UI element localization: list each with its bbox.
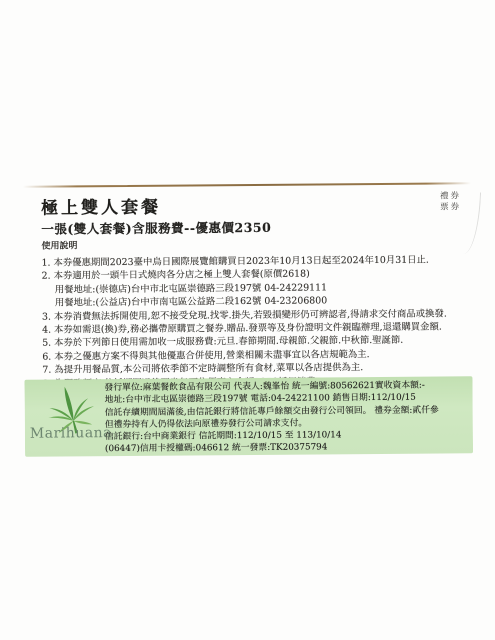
voucher-type-label-ticket: 票券 <box>440 202 461 213</box>
voucher-type-labels: 禮券 票券 <box>440 191 461 212</box>
voucher-photo: 極上雙人套餐 禮券 票券 一張(雙人套餐)含服務費--優惠價2350 使用說明 … <box>0 0 495 640</box>
paper-curl-shadow <box>462 192 481 255</box>
issuer-line-trust: 信託存續期間屆滿後,由信託銀行將信託專戶餘額交由發行公司領回。 禮券金額:貳仟參 <box>105 404 439 419</box>
voucher-ticket: 極上雙人套餐 禮券 票券 一張(雙人套餐)含服務費--優惠價2350 使用說明 … <box>23 178 473 459</box>
issuer-info: 發行單位:麻葉餐飲食品有限公司 代表人:魏峯怡 統一編號:80562621實收資… <box>104 380 439 456</box>
issuer-footer-band: Marihuana 發行單位:麻葉餐飲食品有限公司 代表人:魏峯怡 統一編號:8… <box>24 376 473 457</box>
brand-name: Marihuana <box>30 425 112 442</box>
voucher-header: 極上雙人套餐 禮券 票券 <box>23 178 471 219</box>
voucher-title: 極上雙人套餐 <box>41 190 461 218</box>
terms-list: 1. 本券優惠期間2023臺中烏日國際展覽館購買日2023年10月13日起至20… <box>24 253 473 391</box>
voucher-type-label-gift: 禮券 <box>440 191 461 202</box>
issuer-line-authcode: (06447)信用卡授權碼:046612 統一發票:TK20375794 <box>105 441 439 456</box>
